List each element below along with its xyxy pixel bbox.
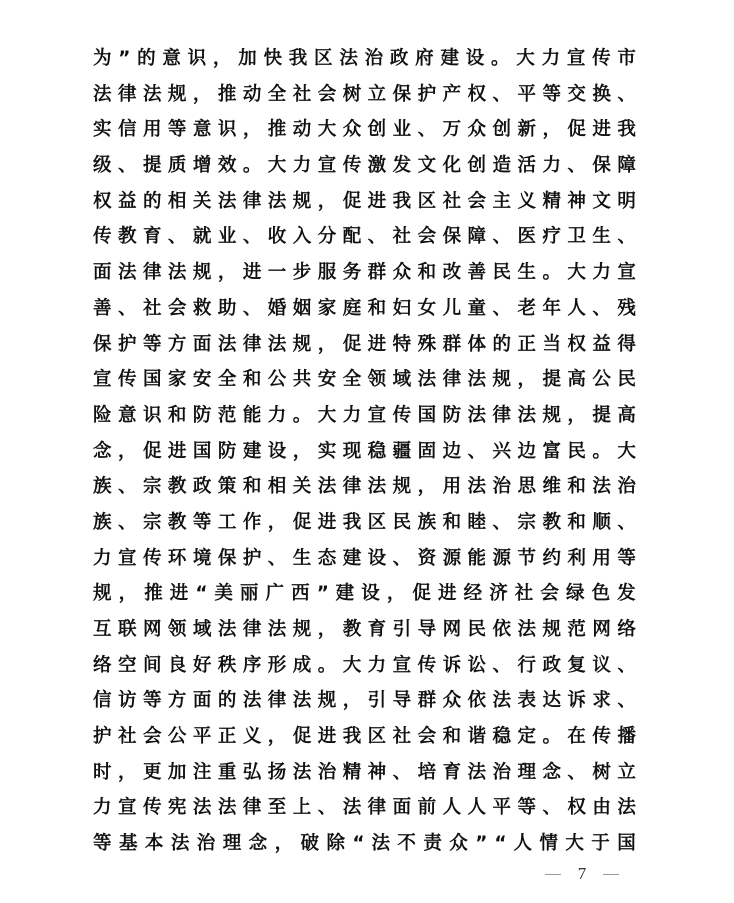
- text-line-content: 力 宣 传 环 境 保 护 、 生 态 建 设 、 资 源 能 源 节 约 利 …: [93, 547, 636, 571]
- text-line-content: 善 、 社 会 救 助 、 婚 姻 家 庭 和 妇 女 儿 童 、 老 年 人 …: [93, 297, 636, 321]
- text-line-content: 等 基 本 法 治 理 念 ， 破 除 “ 法 不 责 众 ” “ 人 情 大 …: [93, 832, 636, 856]
- text-line: 力 宣 传 宪 法 法 律 至 上 、 法 律 面 前 人 人 平 等 、 权 …: [93, 796, 636, 832]
- text-line: 保 护 等 方 面 法 律 法 规 ， 促 进 特 殊 群 体 的 正 当 权 …: [93, 333, 636, 369]
- text-line-content: 力 宣 传 宪 法 法 律 至 上 、 法 律 面 前 人 人 平 等 、 权 …: [93, 796, 636, 820]
- text-line-content: 面 法 律 法 规 ， 进 一 步 服 务 群 众 和 改 善 民 生 。 大 …: [93, 261, 636, 285]
- page-number: 7: [545, 862, 619, 886]
- text-line-content: 念 ， 促 进 国 防 建 设 ， 实 现 稳 疆 固 边 、 兴 边 富 民 …: [93, 440, 636, 464]
- text-line-content: 族 、 宗 教 政 策 和 相 关 法 律 法 规 ， 用 法 治 思 维 和 …: [93, 475, 636, 499]
- text-line-content: 族 、 宗 教 等 工 作 ， 促 进 我 区 民 族 和 睦 、 宗 教 和 …: [93, 511, 636, 535]
- text-line-content: 级 、 提 质 增 效 。 大 力 宣 传 激 发 文 化 创 造 活 力 、 …: [93, 154, 636, 178]
- text-line-content: 信 访 等 方 面 的 法 律 法 规 ， 引 导 群 众 依 法 表 达 诉 …: [93, 689, 636, 713]
- dash-right-decoration: [603, 874, 619, 875]
- text-line: 险 意 识 和 防 范 能 力 。 大 力 宣 传 国 防 法 律 法 规 ， …: [93, 404, 636, 440]
- text-line: 族 、 宗 教 政 策 和 相 关 法 律 法 规 ， 用 法 治 思 维 和 …: [93, 475, 636, 511]
- text-line: 权 益 的 相 关 法 律 法 规 ， 促 进 我 区 社 会 主 义 精 神 …: [93, 190, 636, 226]
- text-line: 级 、 提 质 增 效 。 大 力 宣 传 激 发 文 化 创 造 活 力 、 …: [93, 154, 636, 190]
- document-page: 为 ” 的 意 识 ， 加 快 我 区 法 治 政 府 建 设 。 大 力 宣 …: [0, 0, 734, 903]
- text-line-content: 时 ， 更 加 注 重 弘 扬 法 治 精 神 、 培 育 法 治 理 念 、 …: [93, 761, 636, 785]
- text-line: 时 ， 更 加 注 重 弘 扬 法 治 精 神 、 培 育 法 治 理 念 、 …: [93, 761, 636, 797]
- text-line: 族 、 宗 教 等 工 作 ， 促 进 我 区 民 族 和 睦 、 宗 教 和 …: [93, 511, 636, 547]
- text-line: 善 、 社 会 救 助 、 婚 姻 家 庭 和 妇 女 儿 童 、 老 年 人 …: [93, 297, 636, 333]
- text-line: 规 ， 推 进 “ 美 丽 广 西 ” 建 设 ， 促 进 经 济 社 会 绿 …: [93, 582, 636, 618]
- text-line: 信 访 等 方 面 的 法 律 法 规 ， 引 导 群 众 依 法 表 达 诉 …: [93, 689, 636, 725]
- text-line-content: 宣 传 国 家 安 全 和 公 共 安 全 领 域 法 律 法 规 ， 提 高 …: [93, 368, 636, 392]
- text-line-content: 权 益 的 相 关 法 律 法 规 ， 促 进 我 区 社 会 主 义 精 神 …: [93, 190, 636, 214]
- dash-left-decoration: [545, 874, 561, 875]
- text-line-content: 保 护 等 方 面 法 律 法 规 ， 促 进 特 殊 群 体 的 正 当 权 …: [93, 333, 636, 357]
- text-line: 护 社 会 公 平 正 义 ， 促 进 我 区 社 会 和 谐 稳 定 。 在 …: [93, 725, 636, 761]
- page-number-value: 7: [578, 864, 587, 884]
- text-line-content: 传 教 育 、 就 业 、 收 入 分 配 、 社 会 保 障 、 医 疗 卫 …: [93, 225, 636, 249]
- text-line: 面 法 律 法 规 ， 进 一 步 服 务 群 众 和 改 善 民 生 。 大 …: [93, 261, 636, 297]
- text-line: 法 律 法 规 ， 推 动 全 社 会 树 立 保 护 产 权 、 平 等 交 …: [93, 83, 636, 119]
- text-line-content: 互 联 网 领 域 法 律 法 规 ， 教 育 引 导 网 民 依 法 规 范 …: [93, 618, 636, 642]
- text-line-content: 络 空 间 良 好 秩 序 形 成 。 大 力 宣 传 诉 讼 、 行 政 复 …: [93, 654, 636, 678]
- text-line: 宣 传 国 家 安 全 和 公 共 安 全 领 域 法 律 法 规 ， 提 高 …: [93, 368, 636, 404]
- text-line-content: 实 信 用 等 意 识 ， 推 动 大 众 创 业 、 万 众 创 新 ， 促 …: [93, 118, 636, 142]
- text-line: 实 信 用 等 意 识 ， 推 动 大 众 创 业 、 万 众 创 新 ， 促 …: [93, 118, 636, 154]
- text-line-content: 险 意 识 和 防 范 能 力 。 大 力 宣 传 国 防 法 律 法 规 ， …: [93, 404, 636, 428]
- text-line: 传 教 育 、 就 业 、 收 入 分 配 、 社 会 保 障 、 医 疗 卫 …: [93, 225, 636, 261]
- text-line: 互 联 网 领 域 法 律 法 规 ， 教 育 引 导 网 民 依 法 规 范 …: [93, 618, 636, 654]
- text-line-content: 法 律 法 规 ， 推 动 全 社 会 树 立 保 护 产 权 、 平 等 交 …: [93, 83, 636, 107]
- text-line: 力 宣 传 环 境 保 护 、 生 态 建 设 、 资 源 能 源 节 约 利 …: [93, 547, 636, 583]
- text-line-content: 护 社 会 公 平 正 义 ， 促 进 我 区 社 会 和 谐 稳 定 。 在 …: [93, 725, 636, 749]
- text-line-content: 规 ， 推 进 “ 美 丽 广 西 ” 建 设 ， 促 进 经 济 社 会 绿 …: [93, 582, 636, 606]
- body-paragraph: 为 ” 的 意 识 ， 加 快 我 区 法 治 政 府 建 设 。 大 力 宣 …: [93, 47, 636, 868]
- text-line: 络 空 间 良 好 秩 序 形 成 。 大 力 宣 传 诉 讼 、 行 政 复 …: [93, 654, 636, 690]
- text-line: 念 ， 促 进 国 防 建 设 ， 实 现 稳 疆 固 边 、 兴 边 富 民 …: [93, 440, 636, 476]
- text-line: 为 ” 的 意 识 ， 加 快 我 区 法 治 政 府 建 设 。 大 力 宣 …: [93, 47, 636, 83]
- text-line-content: 为 ” 的 意 识 ， 加 快 我 区 法 治 政 府 建 设 。 大 力 宣 …: [93, 47, 636, 71]
